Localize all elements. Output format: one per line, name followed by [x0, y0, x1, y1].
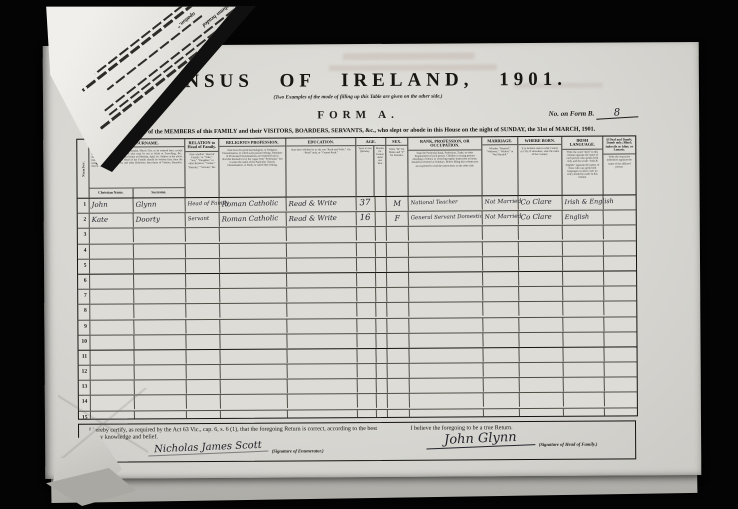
- infirmity-column-note: Write the respective infirmities opposit…: [603, 154, 635, 194]
- cell-relation: [186, 304, 220, 319]
- cell-education: [288, 394, 358, 410]
- cell-age_years: [357, 333, 376, 348]
- cell-age_months: [376, 334, 387, 348]
- cell-religion: [221, 410, 288, 419]
- cell-relation: [187, 395, 221, 410]
- cell-christian: Kate: [90, 213, 134, 228]
- rank-column-note: State the Particular Rank, Profession, T…: [408, 150, 481, 196]
- cell-born: [519, 256, 563, 271]
- cell-christian: [90, 304, 134, 319]
- cell-sex: [387, 348, 409, 363]
- rank-column-title: RANK, PROFESSION, OR OCCUPATION.: [408, 137, 481, 150]
- cell-born: Co Clare: [518, 195, 562, 210]
- cell-marriage: [484, 408, 520, 418]
- cell-age_years: [358, 409, 377, 418]
- cell-age_months: [377, 394, 388, 408]
- surname-subheader: Surname.: [133, 188, 185, 197]
- cell-education: [287, 288, 357, 304]
- cell-infirmity: [604, 256, 636, 271]
- cell-age_years: [357, 318, 376, 333]
- cell-age_years: [358, 379, 377, 394]
- cell-infirmity: [604, 225, 636, 240]
- cell-marriage: [483, 317, 519, 332]
- cell-irish: [564, 408, 605, 418]
- age-months-subheader: Months for Infants under one Year.: [375, 146, 386, 196]
- cell-age_months: [376, 349, 387, 363]
- cell-sex: [387, 333, 409, 348]
- cell-irish: [563, 241, 604, 256]
- cell-marriage: [484, 363, 520, 378]
- cell-sex: M: [386, 197, 408, 212]
- cell-surname: Doorty: [134, 213, 186, 228]
- cell-education: [287, 318, 357, 334]
- marriage-column-note: Whether “Married,” “Widower,” “Widow,” o…: [482, 145, 517, 195]
- education-column-note: State here whether he or she can “Read a…: [286, 146, 355, 196]
- cell-surname: [134, 258, 186, 273]
- cell-infirmity: [605, 362, 637, 377]
- cell-sex: [387, 242, 409, 257]
- cell-num: 7: [78, 290, 90, 304]
- cell-relation: [186, 274, 220, 289]
- cell-marriage: [483, 272, 519, 287]
- cell-age_years: [357, 227, 376, 242]
- cell-marriage: Not Married: [483, 211, 519, 226]
- cell-born: [520, 363, 564, 378]
- cell-born: [519, 332, 563, 347]
- cell-occupation: [409, 348, 483, 364]
- cell-surname: [134, 304, 186, 319]
- cell-surname: [135, 365, 187, 380]
- cell-irish: [564, 362, 605, 377]
- cell-christian: [90, 244, 134, 259]
- cell-religion: Roman Catholic: [219, 197, 286, 213]
- name-subheaders: Christian Name. Surname.: [90, 187, 185, 198]
- cell-relation: [186, 319, 220, 334]
- cell-christian: [90, 274, 134, 289]
- cell-education: [287, 333, 357, 349]
- cell-age_months: [376, 242, 387, 256]
- age-years-subheader: Years on last Birthday.: [356, 146, 375, 196]
- cell-occupation: [410, 393, 484, 409]
- column-marriage: MARRIAGE. Whether “Married,” “Widower,” …: [482, 137, 518, 195]
- cell-born: [520, 378, 564, 393]
- cell-infirmity: [604, 347, 636, 362]
- cell-num: 11: [79, 351, 91, 365]
- cell-relation: [186, 243, 220, 258]
- cell-infirmity: [604, 317, 636, 332]
- cell-born: [519, 317, 563, 332]
- cell-marriage: [484, 393, 520, 408]
- cell-surname: [134, 243, 186, 258]
- cell-num: 5: [78, 259, 90, 273]
- cell-occupation: [410, 408, 484, 418]
- sex-column-note: Write “M” for Males and “F” for Females.: [386, 146, 407, 196]
- cell-relation: [186, 289, 220, 304]
- column-where-born: WHERE BORN. If in Ireland, state in what…: [518, 137, 562, 195]
- infirmity-column-title: If Deaf and Dumb; Dumb only; Blind; Imbe…: [603, 136, 635, 154]
- cell-religion: [220, 318, 287, 334]
- cell-born: [519, 347, 563, 362]
- cell-age_years: [357, 288, 376, 303]
- cell-born: [520, 408, 564, 418]
- cell-marriage: [483, 302, 519, 317]
- cell-religion: [220, 334, 287, 350]
- cell-born: [519, 302, 563, 317]
- cell-sex: [388, 379, 410, 394]
- cell-occupation: [410, 378, 484, 394]
- table-rows: 1JohnGlynnHead of FamilyRoman CatholicRe…: [78, 195, 637, 418]
- cell-irish: [563, 286, 604, 301]
- cell-age_years: [357, 242, 376, 257]
- column-number: Number.: [77, 140, 89, 198]
- form-b-number: No. on Form B. 8: [549, 109, 639, 119]
- cell-religion: [220, 288, 287, 304]
- cell-marriage: [483, 287, 519, 302]
- cell-age_years: [357, 273, 376, 288]
- cell-education: [288, 409, 358, 418]
- column-religion: RELIGIOUS PROFESSION. State here the par…: [219, 139, 286, 197]
- cell-occupation: [409, 226, 483, 242]
- age-subcolumns: Years on last Birthday. Months for Infan…: [356, 146, 385, 196]
- cell-infirmity: [604, 271, 636, 286]
- cell-age_years: [357, 349, 376, 364]
- cell-age_years: 16: [357, 212, 376, 227]
- cell-irish: English: [563, 210, 604, 225]
- cell-infirmity: [604, 301, 636, 316]
- cell-religion: [220, 273, 287, 289]
- cell-age_years: [358, 364, 377, 379]
- cell-occupation: [409, 332, 483, 348]
- cell-age_years: 37: [356, 197, 375, 212]
- paper-crease-marks: [58, 388, 148, 458]
- cell-education: Read & Write: [286, 196, 356, 212]
- cell-sex: F: [387, 212, 409, 227]
- cell-num: 9: [78, 320, 90, 334]
- census-table: Number. NAME and SURNAME. No Persons abs…: [76, 135, 638, 419]
- cell-religion: [220, 258, 287, 274]
- cell-irish: Irish & English: [562, 195, 603, 210]
- cell-infirmity: [604, 210, 636, 225]
- cell-sex: [387, 303, 409, 318]
- cell-sex: [388, 394, 410, 409]
- cell-sex: [387, 227, 409, 242]
- cell-irish: [563, 226, 604, 241]
- cell-born: [519, 226, 563, 241]
- column-rank-occupation: RANK, PROFESSION, OR OCCUPATION. State t…: [408, 137, 482, 195]
- cell-age_months: [377, 379, 388, 393]
- cell-infirmity: [603, 195, 635, 210]
- column-sex: SEX. Write “M” for Males and “F” for Fem…: [386, 138, 408, 196]
- cell-marriage: [483, 241, 519, 256]
- cell-surname: [134, 334, 186, 349]
- cell-marriage: [483, 226, 519, 241]
- cell-religion: Roman Catholic: [220, 212, 287, 228]
- cell-occupation: [409, 287, 483, 303]
- cell-irish: [563, 302, 604, 317]
- cell-occupation: [409, 302, 483, 318]
- cell-sex: [388, 364, 410, 379]
- christian-name-subheader: Christian Name.: [90, 188, 134, 197]
- cell-marriage: [484, 378, 520, 393]
- column-relation: RELATION to Head of Family. State whethe…: [185, 139, 219, 197]
- irish-column-title: IRISH LANGUAGE.: [562, 137, 602, 150]
- cell-age_months: [376, 303, 387, 317]
- cell-occupation: General Servant Domestic: [409, 211, 483, 227]
- head-signature-label: (Signature of Head of Family.): [539, 441, 598, 446]
- cell-relation: Servant: [186, 213, 220, 228]
- cell-age_years: [357, 258, 376, 273]
- born-column-title: WHERE BORN.: [518, 137, 561, 145]
- cell-christian: [90, 228, 134, 243]
- cell-born: Co Clare: [519, 211, 563, 226]
- cell-occupation: [409, 317, 483, 333]
- cell-age_months: [376, 227, 387, 241]
- cell-irish: [564, 393, 605, 408]
- cell-relation: [187, 410, 221, 418]
- cell-age_months: [375, 197, 386, 211]
- cell-sex: [387, 273, 409, 288]
- cell-relation: [187, 365, 221, 380]
- certification-box: I hereby certify, as required by the Act…: [78, 420, 636, 462]
- scanned-census-photograph: CENSUS OF IRELAND, 1901. (Two Examples o…: [0, 0, 738, 509]
- cell-age_months: [376, 273, 387, 287]
- cell-sex: [387, 318, 409, 333]
- cell-relation: [186, 228, 220, 243]
- return-statement: RETURN of the MEMBERS of this FAMILY and…: [76, 126, 640, 135]
- cell-irish: [563, 256, 604, 271]
- cell-num: 2: [78, 214, 90, 228]
- cell-infirmity: [604, 286, 636, 301]
- enumerator-signature: Nicholas James Scott: [148, 439, 268, 456]
- cell-occupation: [409, 256, 483, 272]
- relation-column-title: RELATION to Head of Family.: [185, 139, 218, 152]
- irish-column-note: Write the word “Irish” in this column op…: [562, 149, 602, 195]
- religion-column-note: State here the particular Religion, or R…: [219, 147, 285, 197]
- cell-age_months: [376, 212, 387, 226]
- cell-age_years: [357, 303, 376, 318]
- born-column-note: If in Ireland, state in what County or C…: [518, 145, 561, 195]
- cell-christian: [90, 350, 134, 365]
- head-certification: I believe the foregoing to be a true Ret…: [388, 421, 635, 460]
- cell-christian: [91, 365, 135, 380]
- cell-born: [520, 393, 564, 408]
- cell-occupation: [409, 272, 483, 288]
- cell-relation: [186, 258, 220, 273]
- cell-surname: [134, 350, 186, 365]
- cell-num: 12: [79, 366, 91, 380]
- cell-surname: [134, 274, 186, 289]
- column-age: AGE. Years on last Birthday. Months for …: [356, 138, 386, 196]
- relation-column-note: State whether “Head of Family,” or “Wife…: [185, 152, 218, 198]
- cell-religion: [221, 364, 288, 380]
- form-b-label: No. on Form B.: [549, 110, 595, 118]
- cell-occupation: [410, 363, 484, 379]
- cell-education: [287, 348, 357, 364]
- cell-sex: [388, 409, 410, 418]
- cell-irish: [563, 271, 604, 286]
- cell-age_months: [377, 409, 388, 418]
- age-column-title: AGE.: [356, 138, 385, 146]
- cell-born: [519, 271, 563, 286]
- cell-education: [287, 242, 357, 258]
- cell-education: [287, 227, 357, 243]
- cell-religion: [220, 242, 287, 258]
- cell-born: [519, 241, 563, 256]
- cell-irish: [563, 347, 604, 362]
- cell-num: 6: [78, 275, 90, 289]
- cell-num: 3: [78, 229, 90, 243]
- sex-column-title: SEX.: [386, 138, 407, 146]
- cell-education: [288, 364, 358, 380]
- cell-infirmity: [605, 408, 637, 417]
- cell-irish: [563, 317, 604, 332]
- cell-marriage: [483, 332, 519, 347]
- cell-education: [287, 272, 357, 288]
- cell-relation: Head of Family: [185, 198, 219, 213]
- cell-irish: [564, 377, 605, 392]
- cell-infirmity: [604, 241, 636, 256]
- column-infirmity: If Deaf and Dumb; Dumb only; Blind; Imbe…: [603, 136, 635, 194]
- cell-relation: [187, 380, 221, 395]
- cell-education: Read & Write: [287, 212, 357, 228]
- cell-surname: Glynn: [133, 198, 185, 213]
- head-of-family-signature: John Glynn: [426, 429, 535, 449]
- cell-age_months: [376, 258, 387, 272]
- cell-occupation: [409, 241, 483, 257]
- cell-relation: [186, 350, 220, 365]
- column-irish-language: IRISH LANGUAGE. Write the word “Irish” i…: [562, 137, 603, 195]
- cell-christian: [90, 320, 134, 335]
- cell-age_years: [358, 394, 377, 409]
- cell-christian: [90, 289, 134, 304]
- cell-infirmity: [605, 377, 637, 392]
- cell-education: [287, 257, 357, 273]
- cell-occupation: National Teacher: [408, 196, 482, 212]
- cell-sex: [387, 257, 409, 272]
- cell-christian: [90, 259, 134, 274]
- cell-age_months: [376, 318, 387, 332]
- cell-infirmity: [604, 332, 636, 347]
- cell-surname: [134, 289, 186, 304]
- cell-marriage: [483, 257, 519, 272]
- cell-num: 4: [78, 244, 90, 258]
- cell-sex: [387, 288, 409, 303]
- enumerator-signature-label: (Signature of Enumerator.): [272, 448, 324, 453]
- table-header: Number. NAME and SURNAME. No Persons abs…: [77, 136, 635, 198]
- cell-education: [288, 379, 358, 395]
- cell-surname: [134, 228, 186, 243]
- cell-religion: [220, 227, 287, 243]
- cell-christian: John: [89, 198, 133, 213]
- cell-marriage: [483, 348, 519, 363]
- number-column-label: Number.: [81, 161, 85, 177]
- cell-religion: [221, 379, 288, 395]
- cell-religion: [220, 303, 287, 319]
- cell-religion: [220, 349, 287, 365]
- cell-relation: [186, 334, 220, 349]
- cell-num: 8: [78, 305, 90, 319]
- cell-infirmity: [605, 393, 637, 408]
- cell-age_months: [376, 288, 387, 302]
- column-education: EDUCATION. State here whether he or she …: [286, 138, 356, 196]
- marriage-column-title: MARRIAGE.: [482, 137, 517, 145]
- cell-religion: [221, 394, 288, 410]
- cell-christian: [90, 335, 134, 350]
- cell-marriage: Not Married: [482, 196, 518, 211]
- cell-num: 1: [78, 199, 90, 213]
- form-b-value-handwritten: 8: [596, 108, 638, 119]
- cell-surname: [134, 319, 186, 334]
- cell-education: [287, 303, 357, 319]
- cell-age_months: [377, 364, 388, 378]
- cell-born: [519, 287, 563, 302]
- cell-irish: [563, 332, 604, 347]
- cell-num: 10: [78, 335, 90, 349]
